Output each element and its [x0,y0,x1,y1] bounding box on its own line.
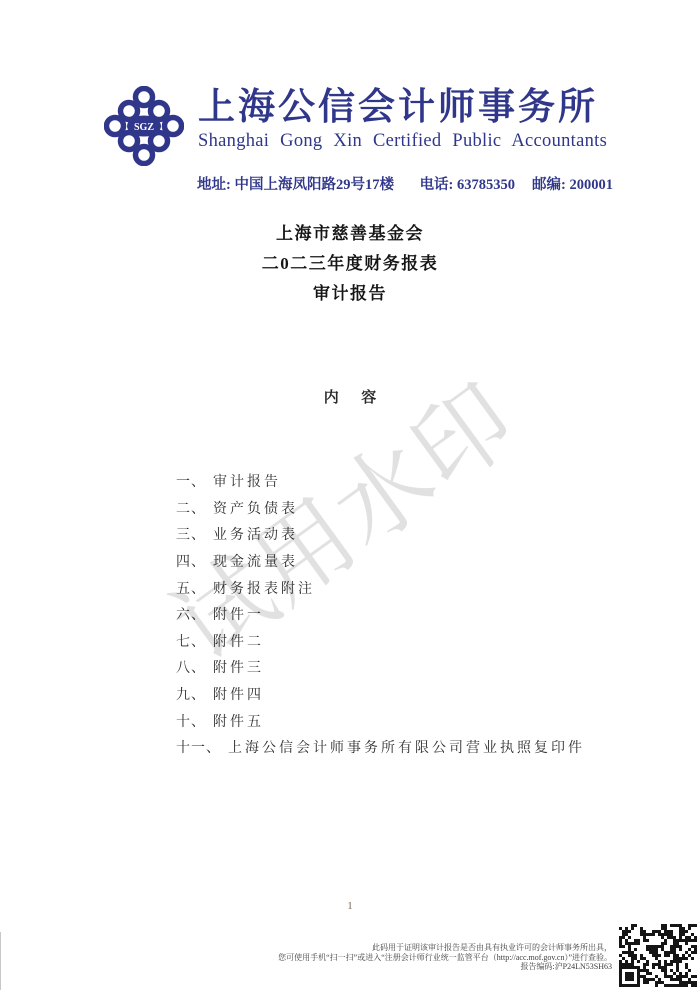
firm-name-english: Shanghai Gong Xin Certified Public Accou… [198,131,607,152]
report-title-type: 审计报告 [0,279,700,309]
report-code: 报告编码:沪P24LN53SH63 [278,962,612,972]
table-of-contents: 一、 审计报告 二、 资产负债表 三、 业务活动表 四、 现金流量表 五、 财务… [176,468,585,761]
toc-item-attachment-4: 九、 附件四 [176,681,585,708]
toc-item-attachment-5: 十、 附件五 [176,707,585,734]
firm-postcode: 邮编: 200001 [532,173,613,194]
firm-address: 地址: 中国上海凤阳路29号17楼 [197,173,394,194]
toc-item-attachment-2: 七、 附件二 [176,628,585,655]
scan-edge-artifact [0,932,1,990]
toc-item-balance-sheet: 二、 资产负债表 [176,495,585,522]
toc-item-activity-statement: 三、 业务活动表 [176,521,585,548]
firm-name-chinese: 上海公信会计师事务所 [198,86,607,130]
verification-note-line2: 您可使用手机“扫一扫”或进入“注册会计师行业统一监管平台（http://acc.… [278,953,612,963]
report-title-year: 二0二三年度财务报表 [0,249,700,279]
audit-report-cover-page: 试用水印 SGZ 上海公信会计师事务所 Shanghai Go [0,0,700,990]
firm-phone: 电话: 63785350 [420,173,515,194]
report-title-block: 上海市慈善基金会 二0二三年度财务报表 审计报告 [0,219,700,309]
verification-note: 此码用于证明该审计报告是否由具有执业许可的会计师事务所出具， 您可使用手机“扫一… [278,943,612,972]
logo-sgz-text: SGZ [134,122,154,133]
toc-item-attachment-1: 六、 附件一 [176,601,585,628]
toc-item-business-license-copy: 十一、 上海公信会计师事务所有限公司营业执照复印件 [176,734,585,761]
toc-item-audit-report: 一、 审计报告 [176,468,585,495]
verification-qr-code [619,924,697,987]
firm-logo-icon: SGZ [104,86,184,166]
toc-item-attachment-3: 八、 附件三 [176,654,585,681]
page-number: 1 [0,900,700,912]
letterhead: SGZ 上海公信会计师事务所 Shanghai Gong Xin Certifi… [104,86,607,166]
verification-note-line1: 此码用于证明该审计报告是否由具有执业许可的会计师事务所出具， [278,943,612,953]
report-title-org: 上海市慈善基金会 [0,219,700,249]
firm-name-block: 上海公信会计师事务所 Shanghai Gong Xin Certified P… [198,86,607,166]
toc-item-cash-flow: 四、 现金流量表 [176,548,585,575]
firm-contact-line: 地址: 中国上海凤阳路29号17楼 电话: 63785350 邮编: 20000… [197,173,613,194]
toc-item-notes: 五、 财务报表附注 [176,574,585,601]
contents-heading: 内容 [0,386,700,407]
